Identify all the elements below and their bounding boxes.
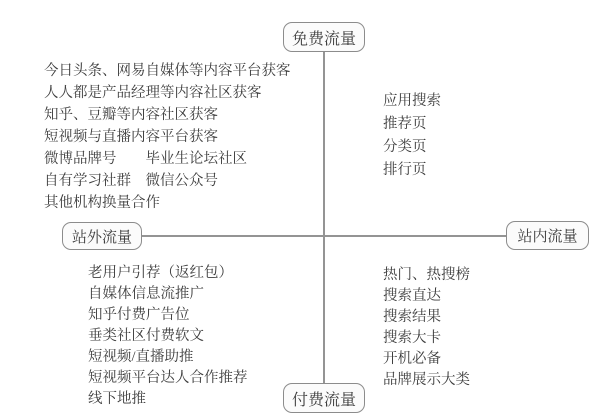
axis-label-onsite-traffic: 站内流量 <box>506 221 589 250</box>
list-item: 短视频与直播内容平台获客 <box>44 126 291 148</box>
axis-label-paid-traffic: 付费流量 <box>283 383 365 413</box>
list-item: 品牌展示大类 <box>383 370 470 391</box>
axis-label-offsite-traffic: 站外流量 <box>62 222 142 250</box>
list-item: 知乎付费广告位 <box>88 305 248 326</box>
traffic-quadrant-diagram: 免费流量 付费流量 站外流量 站内流量 今日头条、网易自媒体等内容平台获客 人人… <box>0 0 600 413</box>
list-item: 开机必备 <box>383 349 470 370</box>
list-item: 自媒体信息流推广 <box>88 284 248 305</box>
list-item: 搜索结果 <box>383 307 470 328</box>
list-item: 垂类社区付费软文 <box>88 326 248 347</box>
horizontal-axis-line <box>142 235 507 237</box>
list-item: 短视频/直播助推 <box>88 347 248 368</box>
list-item: 推荐页 <box>383 113 441 136</box>
list-item: 人人都是产品经理等内容社区获客 <box>44 82 291 104</box>
list-item: 线下地推 <box>88 389 248 410</box>
quadrant-paid-onsite-list: 热门、热搜榜 搜索直达 搜索结果 搜索大卡 开机必备 品牌展示大类 <box>383 265 470 391</box>
list-item: 老用户引荐（返红包） <box>88 263 248 284</box>
list-item: 短视频平台达人合作推荐 <box>88 368 248 389</box>
list-item: 自有学习社群 微信公众号 <box>44 170 291 192</box>
list-item: 应用搜索 <box>383 90 441 113</box>
axis-label-free-traffic: 免费流量 <box>283 22 365 52</box>
list-item: 排行页 <box>383 159 441 182</box>
list-item: 今日头条、网易自媒体等内容平台获客 <box>44 60 291 82</box>
list-item: 微博品牌号 毕业生论坛社区 <box>44 148 291 170</box>
list-item: 搜索大卡 <box>383 328 470 349</box>
list-item: 分类页 <box>383 136 441 159</box>
quadrant-free-offsite-list: 今日头条、网易自媒体等内容平台获客 人人都是产品经理等内容社区获客 知乎、豆瓣等… <box>44 60 291 214</box>
vertical-axis-line <box>323 50 325 383</box>
list-item: 搜索直达 <box>383 286 470 307</box>
list-item: 其他机构换量合作 <box>44 192 291 214</box>
quadrant-paid-offsite-list: 老用户引荐（返红包） 自媒体信息流推广 知乎付费广告位 垂类社区付费软文 短视频… <box>88 263 248 410</box>
quadrant-free-onsite-list: 应用搜索 推荐页 分类页 排行页 <box>383 90 441 182</box>
list-item: 知乎、豆瓣等内容社区获客 <box>44 104 291 126</box>
list-item: 热门、热搜榜 <box>383 265 470 286</box>
